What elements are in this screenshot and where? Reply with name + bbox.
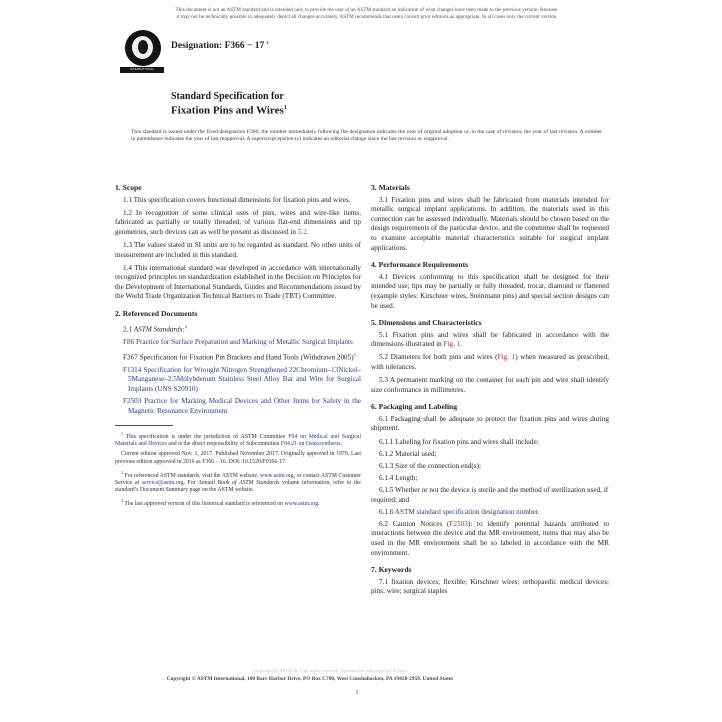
text-run: ASTM Standards: (134, 325, 185, 333)
footnote: 1 This specification is under the jurisd… (115, 430, 361, 449)
paragraph: 1.4 This international standard was deve… (115, 264, 361, 302)
paragraph: 6.1.4 Length; (371, 474, 609, 484)
paragraph: 6.2 Caution Notices (F2503): to identify… (371, 520, 609, 558)
text-run: 4.1 Devices conforming to this specifica… (371, 273, 609, 310)
designation: Designation: F366 − 17´1 (171, 41, 268, 51)
astm-logo: INTERNATIONAL (120, 30, 166, 73)
paragraph: 5.3 A permanent marking on the container… (371, 376, 609, 395)
text-run: . For (184, 480, 199, 486)
text-run: This specification is under the jurisdic… (123, 434, 288, 440)
text-run: 6.1.1 Labeling for fixation pins and wir… (379, 438, 539, 446)
paragraph: 6.1.3 Size of the connection end(s); (371, 462, 609, 472)
title-block: Standard Specification for Fixation Pins… (171, 91, 287, 117)
astm-logo-core-icon (138, 40, 148, 54)
section-heading: 3. Materials (371, 183, 609, 193)
internal-reference-link[interactable]: 5.2 (298, 228, 307, 236)
redline-disclaimer: This document is not an ASTM standard an… (131, 7, 602, 20)
paragraph: 5.2 Diameters for both pins and wires (F… (371, 353, 609, 372)
section-heading: 1. Scope (115, 183, 361, 193)
text-run: . (341, 441, 342, 447)
page-number: 1 (0, 689, 714, 696)
internal-reference-link[interactable]: Fig. 1 (443, 340, 460, 348)
standard-link[interactable]: www.astm.org (285, 501, 319, 507)
text-run: For referenced ASTM standards, visit the… (123, 473, 260, 479)
paragraph: 6.1.2 Material used; (371, 450, 609, 460)
paragraph: 1.1 This specification covers functional… (115, 196, 361, 206)
text-run: 1.4 This international standard was deve… (115, 264, 361, 301)
document-page: This document is not an ASTM standard an… (0, 0, 722, 722)
text-run: 2.1 (123, 325, 134, 333)
text-run: . (318, 501, 319, 507)
standard-link[interactable]: F86 Practice for Surface Preparation and… (123, 338, 353, 346)
designation-text: Designation: F366 − 17 (171, 41, 264, 51)
text-run: F367 Specification for Fixation Pin Brac… (123, 354, 354, 362)
title-line-1: Standard Specification for (171, 91, 287, 102)
title-line-2: Fixation Pins and Wires1 (171, 102, 287, 117)
standard-link[interactable]: www.astm.org (260, 473, 294, 479)
text-run: 6.1 Packaging shall be adequate to prote… (371, 415, 609, 433)
text-run: 6.1.6 (379, 508, 395, 516)
paragraph: 6.1.5 Whether or not the device is steri… (371, 486, 609, 505)
standard-link[interactable]: F1314 Specification for Wrought Nitrogen… (123, 366, 361, 393)
referenced-standard-item: F2503 Practice for Marking Medical Devic… (119, 397, 361, 416)
text-run: 3.1 Fixation pins and wires shall be fab… (371, 196, 609, 252)
astm-logo-banner: INTERNATIONAL (120, 67, 164, 73)
referenced-standard-item: F1314 Specification for Wrought Nitrogen… (119, 366, 361, 395)
paragraph: 6.1.1 Labeling for fixation pins and wir… (371, 438, 609, 448)
text-run: 7.1 fixation devices; flexible; Kirschne… (371, 578, 609, 596)
text-run: . (307, 228, 309, 236)
paragraph: 5.1 Fixation pins and wires shall be fab… (371, 331, 609, 350)
text-run: 2 (185, 324, 187, 329)
text-run: 6.1.2 Material used; (379, 450, 437, 458)
text-run: The last approved version of this histor… (123, 501, 285, 507)
section-heading: 5. Dimensions and Characteristics (371, 318, 609, 328)
paragraph: 3.1 Fixation pins and wires shall be fab… (371, 196, 609, 254)
paragraph: 7.1 fixation devices; flexible; Kirschne… (371, 578, 609, 597)
right-column: 3. Materials3.1 Fixation pins and wires … (371, 176, 609, 600)
astm-logo-emblem-icon (125, 30, 161, 66)
text-run: 1.2 In recognition of some clinical uses… (115, 209, 361, 236)
footnote: 3 The last approved version of this hist… (115, 497, 361, 508)
internal-reference-link[interactable]: F2503 (449, 520, 467, 528)
footnote: 2 For referenced ASTM standards, visit t… (115, 469, 361, 495)
paragraph: 2.1 ASTM Standards:2 (115, 322, 361, 335)
redline-disclaimer-line1: This document is not an ASTM standard an… (131, 7, 602, 14)
redline-disclaimer-line2: it may not be technically possible to ad… (131, 14, 602, 21)
footer-provenance: Copyright by ASTM Int’l (all rights rese… (165, 668, 495, 674)
paragraph: 6.1.6 ASTM standard specification design… (371, 508, 609, 518)
text-run: and is the direct responsibility of Subc… (167, 441, 281, 447)
referenced-standard-item: F367 Specification for Fixation Pin Brac… (119, 350, 361, 363)
text-run: 3 (354, 352, 356, 357)
standard-link[interactable]: ASTM standard specification designation … (395, 508, 538, 516)
section-heading: 7. Keywords (371, 565, 609, 575)
text-run: 1.3 The values stated in SI units are to… (115, 241, 361, 259)
text-run: 5.1 Fixation pins and wires shall be fab… (371, 331, 609, 349)
text-run: 5.3 A permanent marking on the container… (371, 376, 609, 394)
paragraph: 4.1 Devices conforming to this specifica… (371, 273, 609, 311)
text-run: 1.1 This specification covers functional… (123, 196, 350, 204)
standard-link[interactable]: F2503 Practice for Marking Medical Devic… (123, 397, 361, 415)
internal-reference-link[interactable]: Fig. 1 (498, 353, 516, 361)
paragraph: 6.1 Packaging shall be adequate to prote… (371, 415, 609, 434)
text-run: 6.1.3 Size of the connection end(s); (379, 462, 481, 470)
section-heading: 2. Referenced Documents (115, 309, 361, 319)
section-heading: 4. Performance Requirements (371, 260, 609, 270)
paragraph: 1.2 In recognition of some clinical uses… (115, 209, 361, 238)
text-run: Annual Book of ASTM Standards (198, 480, 279, 486)
text-run: 6.1.4 Length; (379, 474, 418, 482)
standard-link[interactable]: F04.21 on Osteosynthesis (281, 441, 341, 447)
title-footnote-mark: 1 (284, 105, 287, 111)
text-run: . (538, 508, 540, 516)
issued-note: This standard is issued under the fixed … (131, 129, 602, 143)
footnote: Current edition approved Nov. 1, 2017. P… (115, 451, 361, 466)
footer-copyright: Copyright © ASTM International, 100 Barr… (150, 676, 470, 683)
paragraph: 1.3 The values stated in SI units are to… (115, 241, 361, 260)
footnote-separator (115, 425, 173, 426)
text-run: . (460, 340, 462, 348)
text-run: 6.2 Caution Notices ( (379, 520, 449, 528)
referenced-standard-item: F86 Practice for Surface Preparation and… (119, 338, 361, 348)
title-text: Fixation Pins and Wires (171, 105, 284, 117)
text-run: 5.2 Diameters for both pins and wires ( (379, 353, 498, 361)
text-run: 6.1.5 Whether or not the device is steri… (371, 486, 608, 504)
left-column: 1. Scope1.1 This specification covers fu… (115, 176, 361, 511)
text-run: Current edition approved Nov. 1, 2017. P… (115, 451, 361, 464)
section-heading: 6. Packaging and Labeling (371, 402, 609, 412)
standard-link[interactable]: service@astm.org (142, 480, 184, 486)
designation-superscript: ´1 (264, 41, 268, 46)
